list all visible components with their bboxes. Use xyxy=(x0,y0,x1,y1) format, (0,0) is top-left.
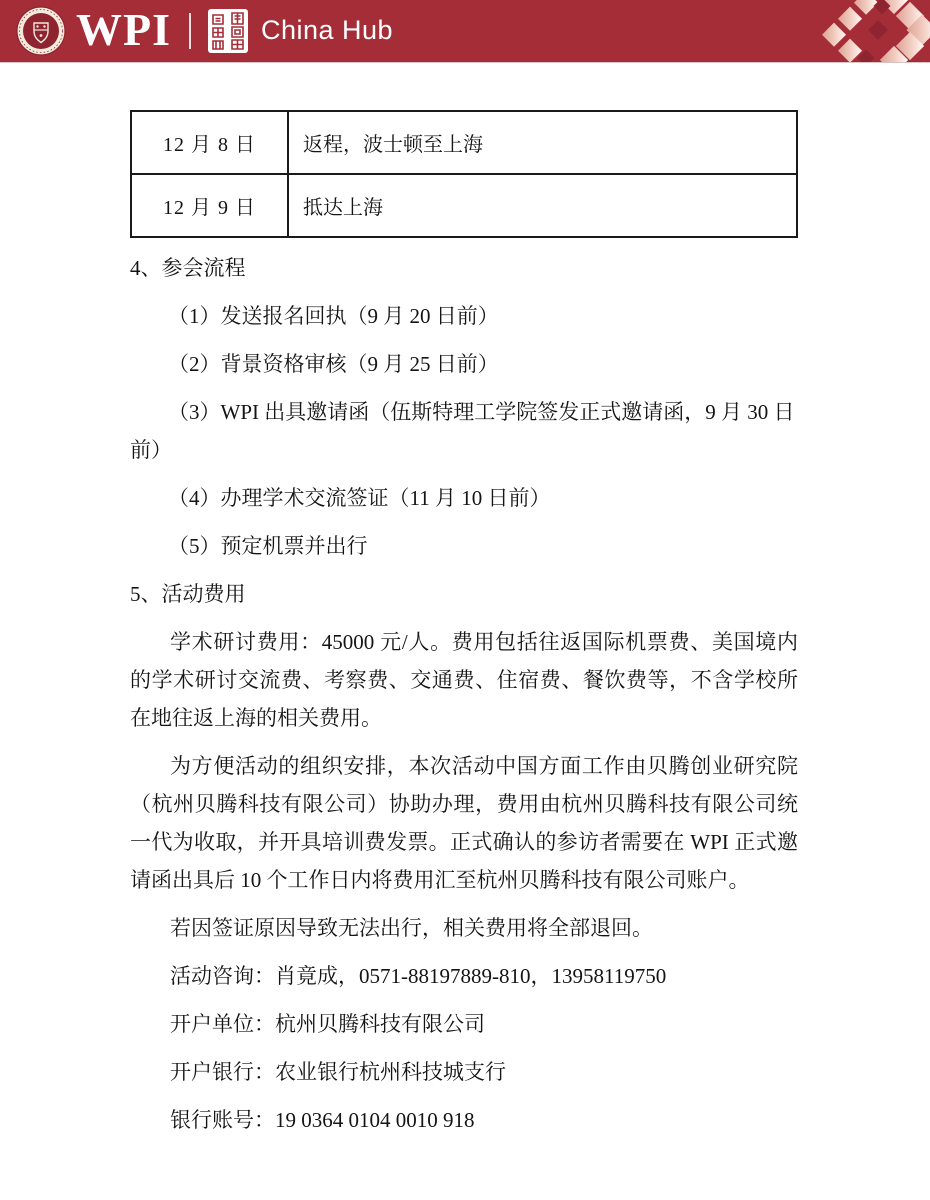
contact-line: 活动咨询：肖竟成，0571-88197889-810，13958119750 xyxy=(130,957,798,995)
table-row: 12 月 9 日 抵达上海 xyxy=(131,174,797,237)
section-heading-fees: 5、活动费用 xyxy=(130,575,798,613)
account-holder-line: 开户单位：杭州贝腾科技有限公司 xyxy=(130,1005,798,1043)
china-hub-label: China Hub xyxy=(261,0,393,62)
bank-line: 开户银行：农业银行杭州科技城支行 xyxy=(130,1053,798,1091)
brand-lockup: WPI China Hub xyxy=(16,0,393,62)
document-page: 12 月 8 日 返程，波士顿至上海 12 月 9 日 抵达上海 4、参会流程 … xyxy=(0,63,930,1139)
wpi-seal-icon xyxy=(16,6,66,56)
china-hub-seal-icon xyxy=(207,8,249,54)
flow-list-item: （2）背景资格审核（9 月 25 日前） xyxy=(130,345,798,383)
chevron-pattern-icon xyxy=(770,0,930,63)
itinerary-table: 12 月 8 日 返程，波士顿至上海 12 月 9 日 抵达上海 xyxy=(130,110,798,238)
fees-paragraph: 学术研讨费用：45000 元/人。费用包括往返国际机票费、美国境内的学术研讨交流… xyxy=(130,623,798,737)
account-number-line: 银行账号：19 0364 0104 0010 918 xyxy=(130,1101,798,1139)
header: WPI China Hub xyxy=(0,0,930,63)
refund-note: 若因签证原因导致无法出行，相关费用将全部退回。 xyxy=(130,909,798,947)
flow-list-item: （1）发送报名回执（9 月 20 日前） xyxy=(130,297,798,335)
flow-list-item: （4）办理学术交流签证（11 月 10 日前） xyxy=(130,479,798,517)
wpi-wordmark: WPI xyxy=(76,0,171,61)
flow-list-item: （5）预定机票并出行 xyxy=(130,527,798,565)
fees-paragraph: 为方便活动的组织安排，本次活动中国方面工作由贝腾创业研究院（杭州贝腾科技有限公司… xyxy=(130,747,798,899)
brand-divider xyxy=(189,13,191,49)
section-heading-flow: 4、参会流程 xyxy=(130,249,798,287)
flow-list-item: （3）WPI 出具邀请函（伍斯特理工学院签发正式邀请函，9 月 30 日前） xyxy=(130,393,798,469)
activity-cell: 返程，波士顿至上海 xyxy=(288,111,797,174)
table-row: 12 月 8 日 返程，波士顿至上海 xyxy=(131,111,797,174)
date-cell: 12 月 9 日 xyxy=(131,174,288,237)
activity-cell: 抵达上海 xyxy=(288,174,797,237)
date-cell: 12 月 8 日 xyxy=(131,111,288,174)
